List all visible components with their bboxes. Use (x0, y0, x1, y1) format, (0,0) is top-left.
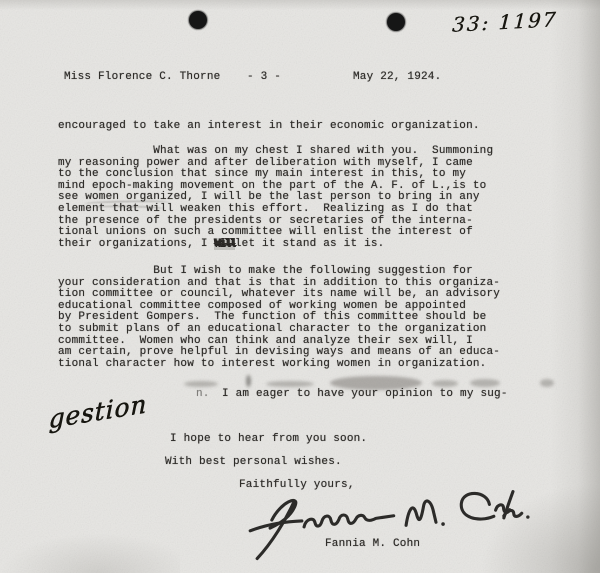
partial-word: n. (196, 389, 210, 401)
closing-hope-line: I hope to hear from you soon. (170, 434, 367, 446)
erased-text-smudge (540, 379, 554, 387)
scanned-letter-page: 33: 1197 Miss Florence C. Thorne - 3 - M… (0, 0, 600, 573)
signature-script-fannia-m-cohn (241, 481, 533, 566)
typed-signature-name: Fannia M. Cohn (325, 539, 420, 551)
paragraph-2: What was on my chest I shared with you. … (58, 146, 493, 250)
paragraph-1: encouraged to take an interest in their … (58, 121, 480, 133)
paragraph-2-text: What was on my chest I shared with you. … (58, 145, 493, 250)
closing-wishes-line: With best personal wishes. (165, 457, 342, 469)
letter-date: May 22, 1924. (353, 72, 441, 84)
paragraph-2-text-end: let it stand as it is. (235, 238, 385, 250)
recipient-name: Miss Florence C. Thorne (64, 72, 220, 84)
page-number: - 3 - (247, 72, 281, 84)
erased-text-smudge (432, 380, 458, 387)
hole-punch-right (387, 13, 405, 31)
erased-text-smudge (246, 375, 251, 387)
suggestion-line: I am eager to have your opinion to my su… (222, 389, 508, 401)
paragraph-3: But I wish to make the following suggest… (58, 266, 500, 370)
hole-punch-left (189, 11, 207, 29)
erased-text-smudge (266, 381, 314, 387)
overstruck-word: Will (214, 238, 234, 250)
erased-text-smudge (470, 379, 500, 387)
erased-text-smudge (184, 381, 218, 387)
